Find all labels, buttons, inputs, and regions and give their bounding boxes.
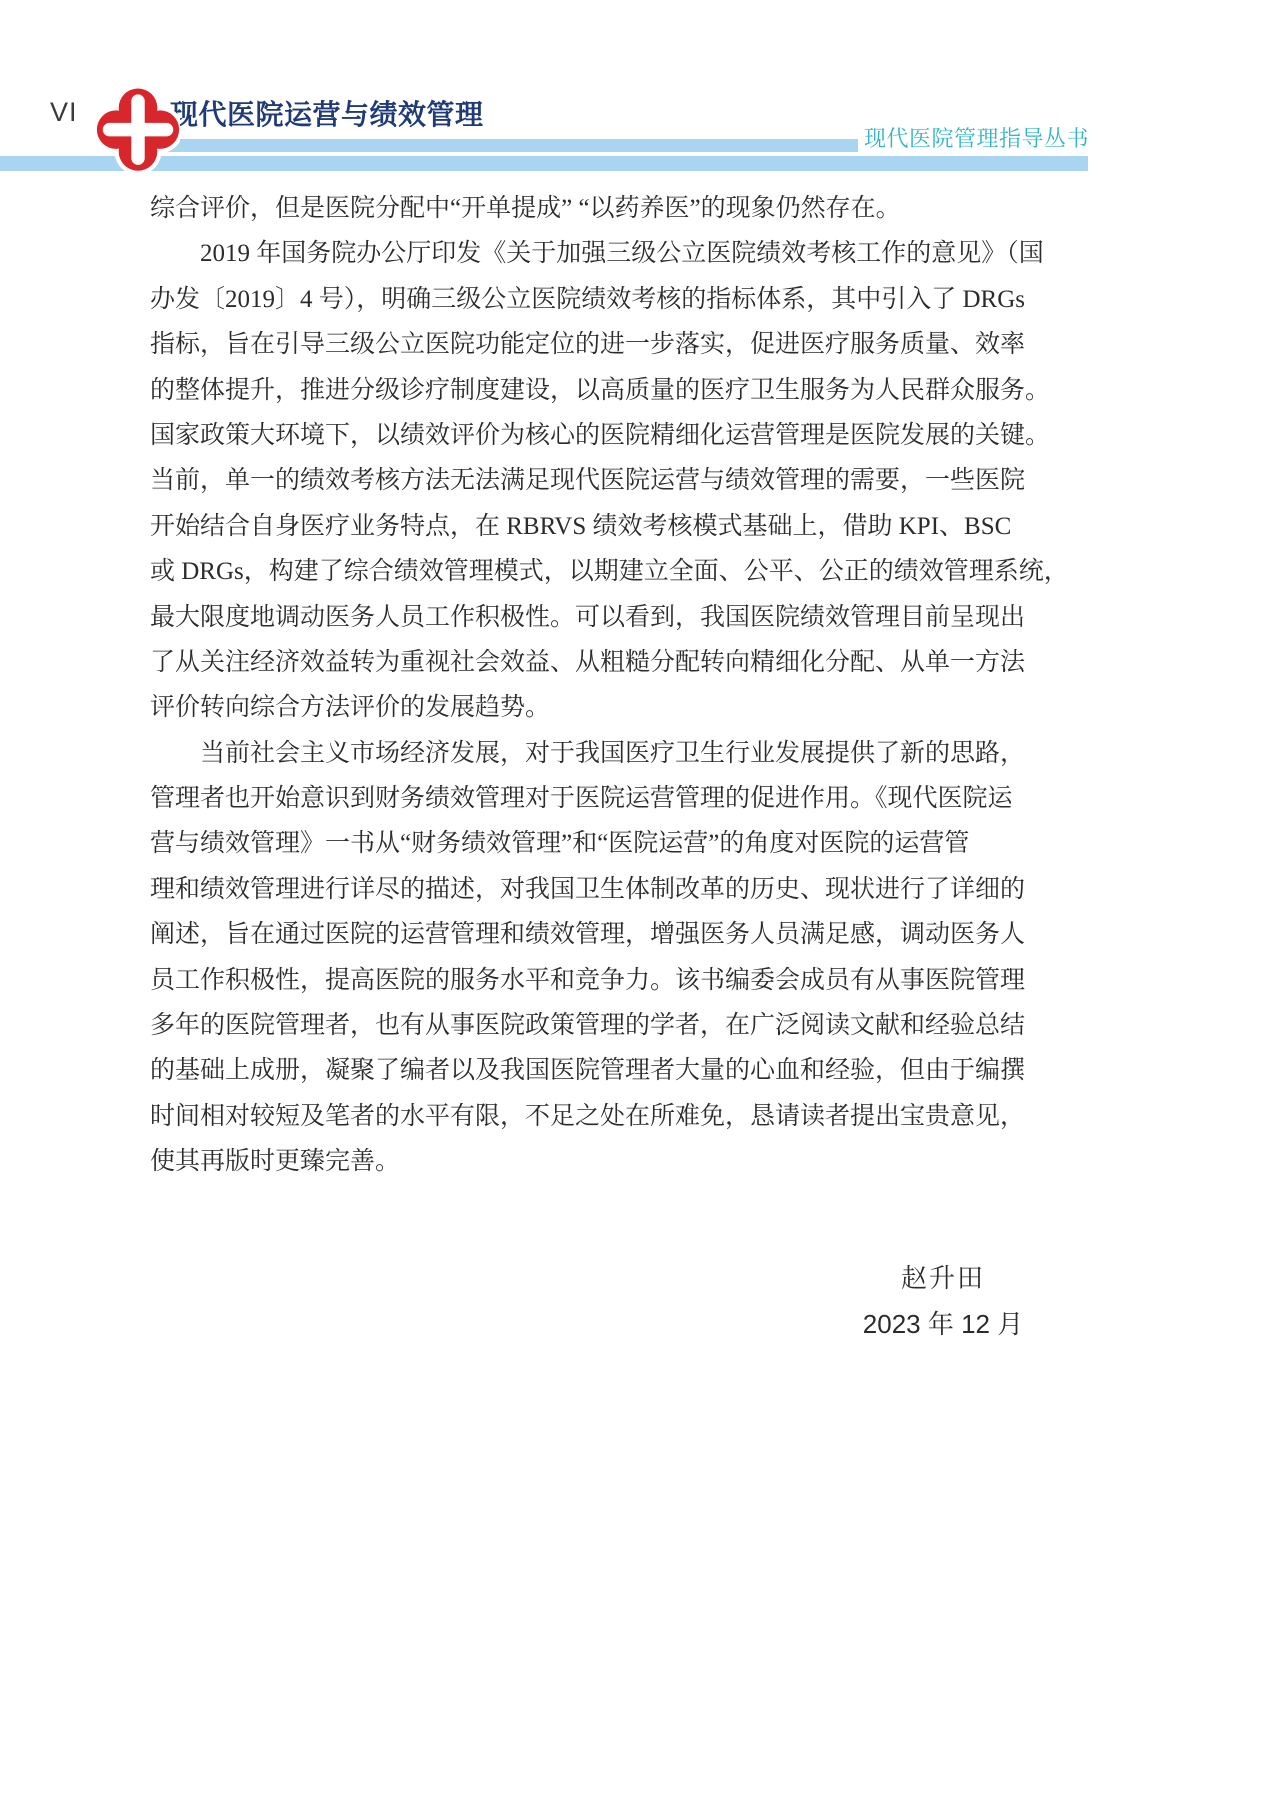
body-line: 了从关注经济效益转为重视社会效益、从粗糙分配转向精细化分配、从单一方法 [150, 640, 962, 685]
preface-body: 综合评价，但是医院分配中“开单提成” “以药养医”的现象仍然存在。 2019 年… [150, 186, 962, 1185]
body-line: 管理者也开始意识到财务绩效管理对于医院运营管理的促进作用。《现代医院运 [150, 776, 962, 821]
body-line: 当前，单一的绩效考核方法无法满足现代医院运营与绩效管理的需要，一些医院 [150, 458, 962, 503]
body-line: 开始结合自身医疗业务特点，在 RBRVS 绩效考核模式基础上，借助 KPI、BS… [150, 504, 962, 549]
body-line: 国家政策大环境下，以绩效评价为核心的医院精细化运营管理是医院发展的关键。 [150, 413, 962, 458]
body-line: 员工作积极性，提高医院的服务水平和竞争力。该书编委会成员有从事医院管理 [150, 958, 962, 1003]
body-line: 时间相对较短及笔者的水平有限，不足之处在所难免，恳请读者提出宝贵意见， [150, 1094, 962, 1139]
body-line: 综合评价，但是医院分配中“开单提成” “以药养医”的现象仍然存在。 [150, 186, 962, 231]
body-line: 营与绩效管理》一书从“财务绩效管理”和“医院运营”的角度对医院的运营管 [150, 821, 962, 866]
body-line: 当前社会主义市场经济发展，对于我国医疗卫生行业发展提供了新的思路， [150, 731, 962, 776]
body-line: 或 DRGs，构建了综合绩效管理模式，以期建立全面、公平、公正的绩效管理系统， [150, 549, 962, 594]
title-underline-band [168, 139, 858, 152]
book-title: 现代医院运营与绩效管理 [170, 93, 484, 133]
body-line: 多年的医院管理者，也有从事医院政策管理的学者，在广泛阅读文献和经验总结 [150, 1003, 962, 1048]
signature-block: 赵升田 2023 年 12 月 [803, 1262, 1083, 1341]
body-line: 2019 年国务院办公厅印发《关于加强三级公立医院绩效考核工作的意见》（国 [150, 231, 962, 276]
body-line: 评价转向综合方法评价的发展趋势。 [150, 685, 962, 730]
body-line: 最大限度地调动医务人员工作积极性。可以看到，我国医院绩效管理目前呈现出 [150, 595, 962, 640]
body-line: 的整体提升，推进分级诊疗制度建设，以高质量的医疗卫生服务为人民群众服务。 [150, 368, 962, 413]
body-line: 指标，旨在引导三级公立医院功能定位的进一步落实，促进医疗服务质量、效率 [150, 322, 962, 367]
body-line: 阐述，旨在通过医院的运营管理和绩效管理，增强医务人员满足感，调动医务人 [150, 912, 962, 957]
body-line: 办发〔2019〕4 号），明确三级公立医院绩效考核的指标体系，其中引入了 DRG… [150, 277, 962, 322]
body-line: 的基础上成册，凝聚了编者以及我国医院管理者大量的心血和经验，但由于编撰 [150, 1048, 962, 1093]
page-number: VI [50, 97, 78, 128]
book-page: VI 现代医院运营与绩效管理 现代 [0, 0, 1280, 1798]
hospital-clover-logo-icon [96, 86, 180, 186]
body-line: 理和绩效管理进行详尽的描述，对我国卫生体制改革的历史、现状进行了详细的 [150, 867, 962, 912]
body-line: 使其再版时更臻完善。 [150, 1139, 962, 1184]
author-name: 赵升田 [803, 1262, 1083, 1296]
series-title: 现代医院管理指导丛书 [864, 122, 1089, 153]
signature-date: 2023 年 12 月 [803, 1307, 1083, 1341]
